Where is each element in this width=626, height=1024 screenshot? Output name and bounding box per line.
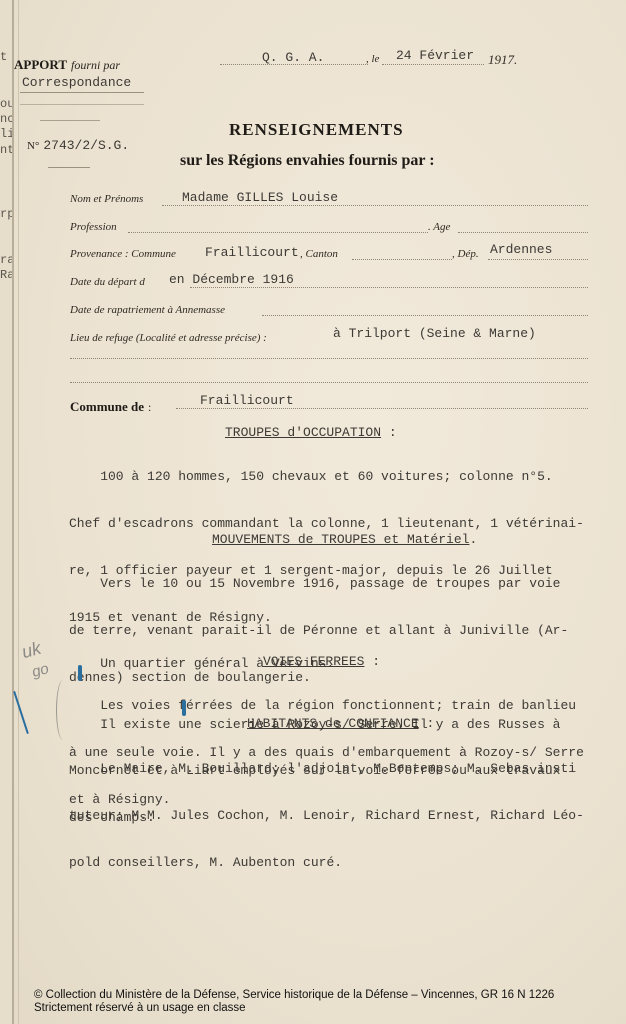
age-label: . Age <box>428 221 450 233</box>
provenance-label: Provenance : Commune <box>70 248 176 260</box>
margin-fragment: ra <box>0 253 14 267</box>
dotted-rule <box>458 232 588 233</box>
numero-field: N° 2743/2/S.G. <box>27 136 129 154</box>
document-title: RENSEIGNEMENTS <box>229 120 404 140</box>
commune-value: Fraillicourt <box>205 245 299 260</box>
rule <box>40 120 100 121</box>
apport-value: Correspondance <box>22 75 131 90</box>
copyright-footer: © Collection du Ministère de la Défense,… <box>34 989 554 1015</box>
dotted-rule <box>162 205 588 206</box>
text-line: tuteur; M.M. Jules Cochon, M. Lenoir, Ri… <box>69 808 584 824</box>
dep-label: , Dép. <box>452 248 479 260</box>
dotted-rule <box>262 315 588 316</box>
margin-fragment: rp <box>0 207 14 221</box>
text-line: Vers le 10 ou 15 Novembre 1916, passage … <box>69 576 568 592</box>
dep-value: Ardennes <box>490 242 552 257</box>
dotted-rule <box>176 408 588 409</box>
rule <box>20 104 144 105</box>
refuge-value: à Trilport (Seine & Marne) <box>333 326 536 341</box>
page-fold-line <box>18 0 19 1024</box>
text-line: de terre, venant parait-il de Péronne et… <box>69 623 568 639</box>
apport-italic-text: fourni par <box>71 58 120 72</box>
nom-label: Nom et Prénoms <box>70 193 143 205</box>
colon: : <box>148 400 151 414</box>
refuge-label: Lieu de refuge (Localité et adresse préc… <box>70 332 267 344</box>
canton-label: , Canton <box>300 248 338 260</box>
pencil-annotation: uk <box>20 638 44 663</box>
rule <box>48 167 90 168</box>
commune-de-value: Fraillicourt <box>200 393 294 408</box>
margin-fragment: li <box>0 127 14 141</box>
depart-label: Date du départ d <box>70 276 145 288</box>
adjacent-page-edge: t ou nc li nt rp ra Ra <box>0 0 14 1024</box>
copyright-line: © Collection du Ministère de la Défense,… <box>34 989 554 1002</box>
margin-fragment: nc <box>0 112 14 126</box>
text-line: pold conseillers, M. Aubenton curé. <box>69 855 584 871</box>
rule <box>20 92 144 93</box>
date-prefix: , le <box>366 53 379 65</box>
apport-bold-text: APPORT <box>14 57 67 72</box>
dotted-rule <box>382 64 484 65</box>
scanned-document-page: t ou nc li nt rp ra Ra APPORT fourni par… <box>0 0 626 1024</box>
margin-fragment: t <box>0 50 7 64</box>
rapatriement-label: Date de rapatriement à Annemasse <box>70 304 225 316</box>
dotted-rule <box>488 259 588 260</box>
text-line: Le Maire, M. Bouillard; l'adjoint, M.Bon… <box>69 761 584 777</box>
place-value: Q. G. A. <box>262 50 324 65</box>
heading-text: HABITANTS de CONFIANCE <box>247 716 419 731</box>
dotted-rule <box>70 382 588 383</box>
text-line: Les voies férrées de la région fonctionn… <box>69 698 584 714</box>
numero-label: N° <box>27 140 39 152</box>
dotted-rule <box>128 232 428 233</box>
dotted-rule <box>352 259 452 260</box>
depart-value: en Décembre 1916 <box>169 272 294 287</box>
blue-pen-stroke <box>13 691 29 734</box>
profession-label: Profession <box>70 221 117 233</box>
dotted-rule <box>70 358 588 359</box>
commune-label-text: Commune de <box>70 399 144 414</box>
pencil-bracket-mark <box>56 680 70 740</box>
margin-fragment: ou <box>0 97 14 111</box>
heading-suffix: : <box>419 716 435 731</box>
dotted-rule <box>190 287 588 288</box>
document-subtitle: sur les Régions envahies fournis par : <box>180 152 435 170</box>
blue-crayon-mark <box>78 665 82 681</box>
commune-de-label: Commune de : <box>70 398 151 416</box>
nom-value: Madame GILLES Louise <box>182 190 338 205</box>
date-value: 24 Février <box>396 48 474 63</box>
blue-crayon-mark <box>182 700 186 716</box>
pencil-annotation: go <box>30 660 51 681</box>
usage-notice: Strictement réservé à un usage en classe <box>34 1002 554 1015</box>
year-value: 1917. <box>488 52 517 68</box>
text-line: 100 à 120 hommes, 150 chevaux et 60 voit… <box>69 469 584 485</box>
numero-value: 2743/2/S.G. <box>43 138 129 153</box>
apport-label: APPORT fourni par <box>14 56 120 74</box>
margin-fragment: Ra <box>0 268 14 282</box>
margin-fragment: nt <box>0 143 14 157</box>
section-habitants-body: Le Maire, M. Bouillard; l'adjoint, M.Bon… <box>69 730 584 902</box>
